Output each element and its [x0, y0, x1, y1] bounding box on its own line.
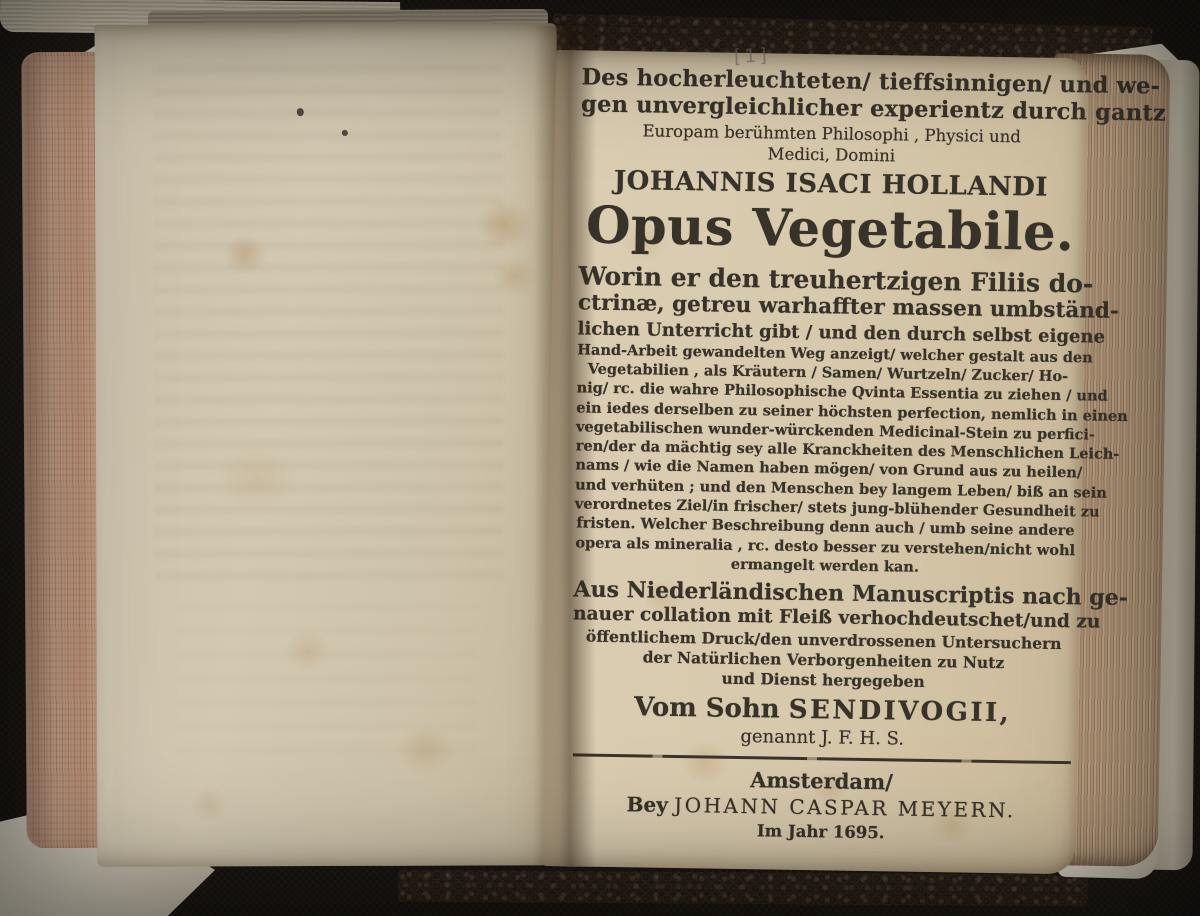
right-page-title: [1] Des hocherleuchteten/ tieffsinnigen/… — [543, 50, 1088, 874]
stain — [285, 630, 331, 672]
stain — [214, 444, 300, 514]
title-page-text: Des hocherleuchteten/ tieffsinnigen/ und… — [570, 64, 1084, 846]
editor-roman-part: SENDIVOGII, — [789, 695, 1012, 728]
editor-fraktur-part: Vom Sohn — [634, 692, 780, 724]
book-cover-bottom-edge — [398, 870, 1088, 907]
stain — [223, 234, 267, 274]
stain — [397, 724, 455, 776]
ink-showthrough — [153, 59, 505, 580]
imprint-divider-rule — [573, 753, 1071, 764]
main-title: Opus Vegetabile. — [579, 199, 1082, 260]
stain — [493, 255, 537, 297]
stain — [189, 784, 229, 822]
ink-speck — [342, 130, 348, 136]
left-page — [95, 23, 560, 867]
pencil-mark: [1] — [734, 44, 771, 67]
photo-backdrop: [1] Des hocherleuchteten/ tieffsinnigen/… — [0, 0, 1200, 916]
stain — [477, 199, 533, 251]
imprint-bey: Bey — [626, 792, 668, 817]
ink-speck — [297, 108, 304, 116]
imprint-publisher-name: JOHANN CASPAR MEYERN. — [674, 793, 1016, 822]
